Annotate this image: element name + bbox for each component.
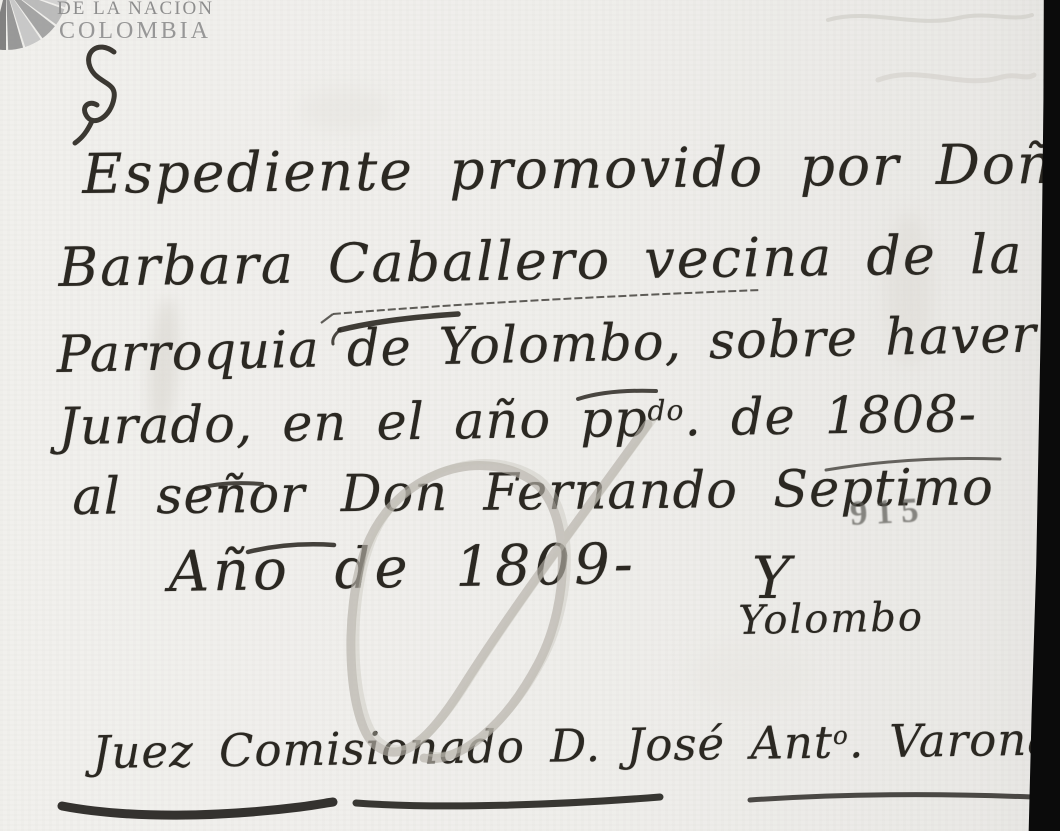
signature-underline-2: [356, 797, 660, 806]
senor-macron: [196, 483, 262, 489]
caballero-underline-hook: [321, 314, 333, 323]
yolombo-overdash: [340, 314, 458, 330]
ano-macron-line4: [578, 391, 656, 399]
caballero-underline: [333, 290, 760, 314]
ink-strokes-overlay: [0, 0, 1060, 831]
opening-flourish: [75, 47, 114, 143]
ano-macron-line6: [248, 544, 334, 552]
signature-underline-1: [62, 802, 333, 815]
document-scan: DE LA NACIÓN COLOMBIA Espediente promovi…: [0, 0, 1060, 831]
septimo-macron: [826, 458, 1000, 470]
bleedthrough-squiggle-2: [878, 75, 1034, 81]
signature-underline-3: [750, 795, 1032, 800]
bleedthrough-squiggle-1: [828, 15, 1032, 21]
pencil-rubric: [351, 424, 648, 759]
yolombo-overdash-hook: [333, 330, 340, 344]
